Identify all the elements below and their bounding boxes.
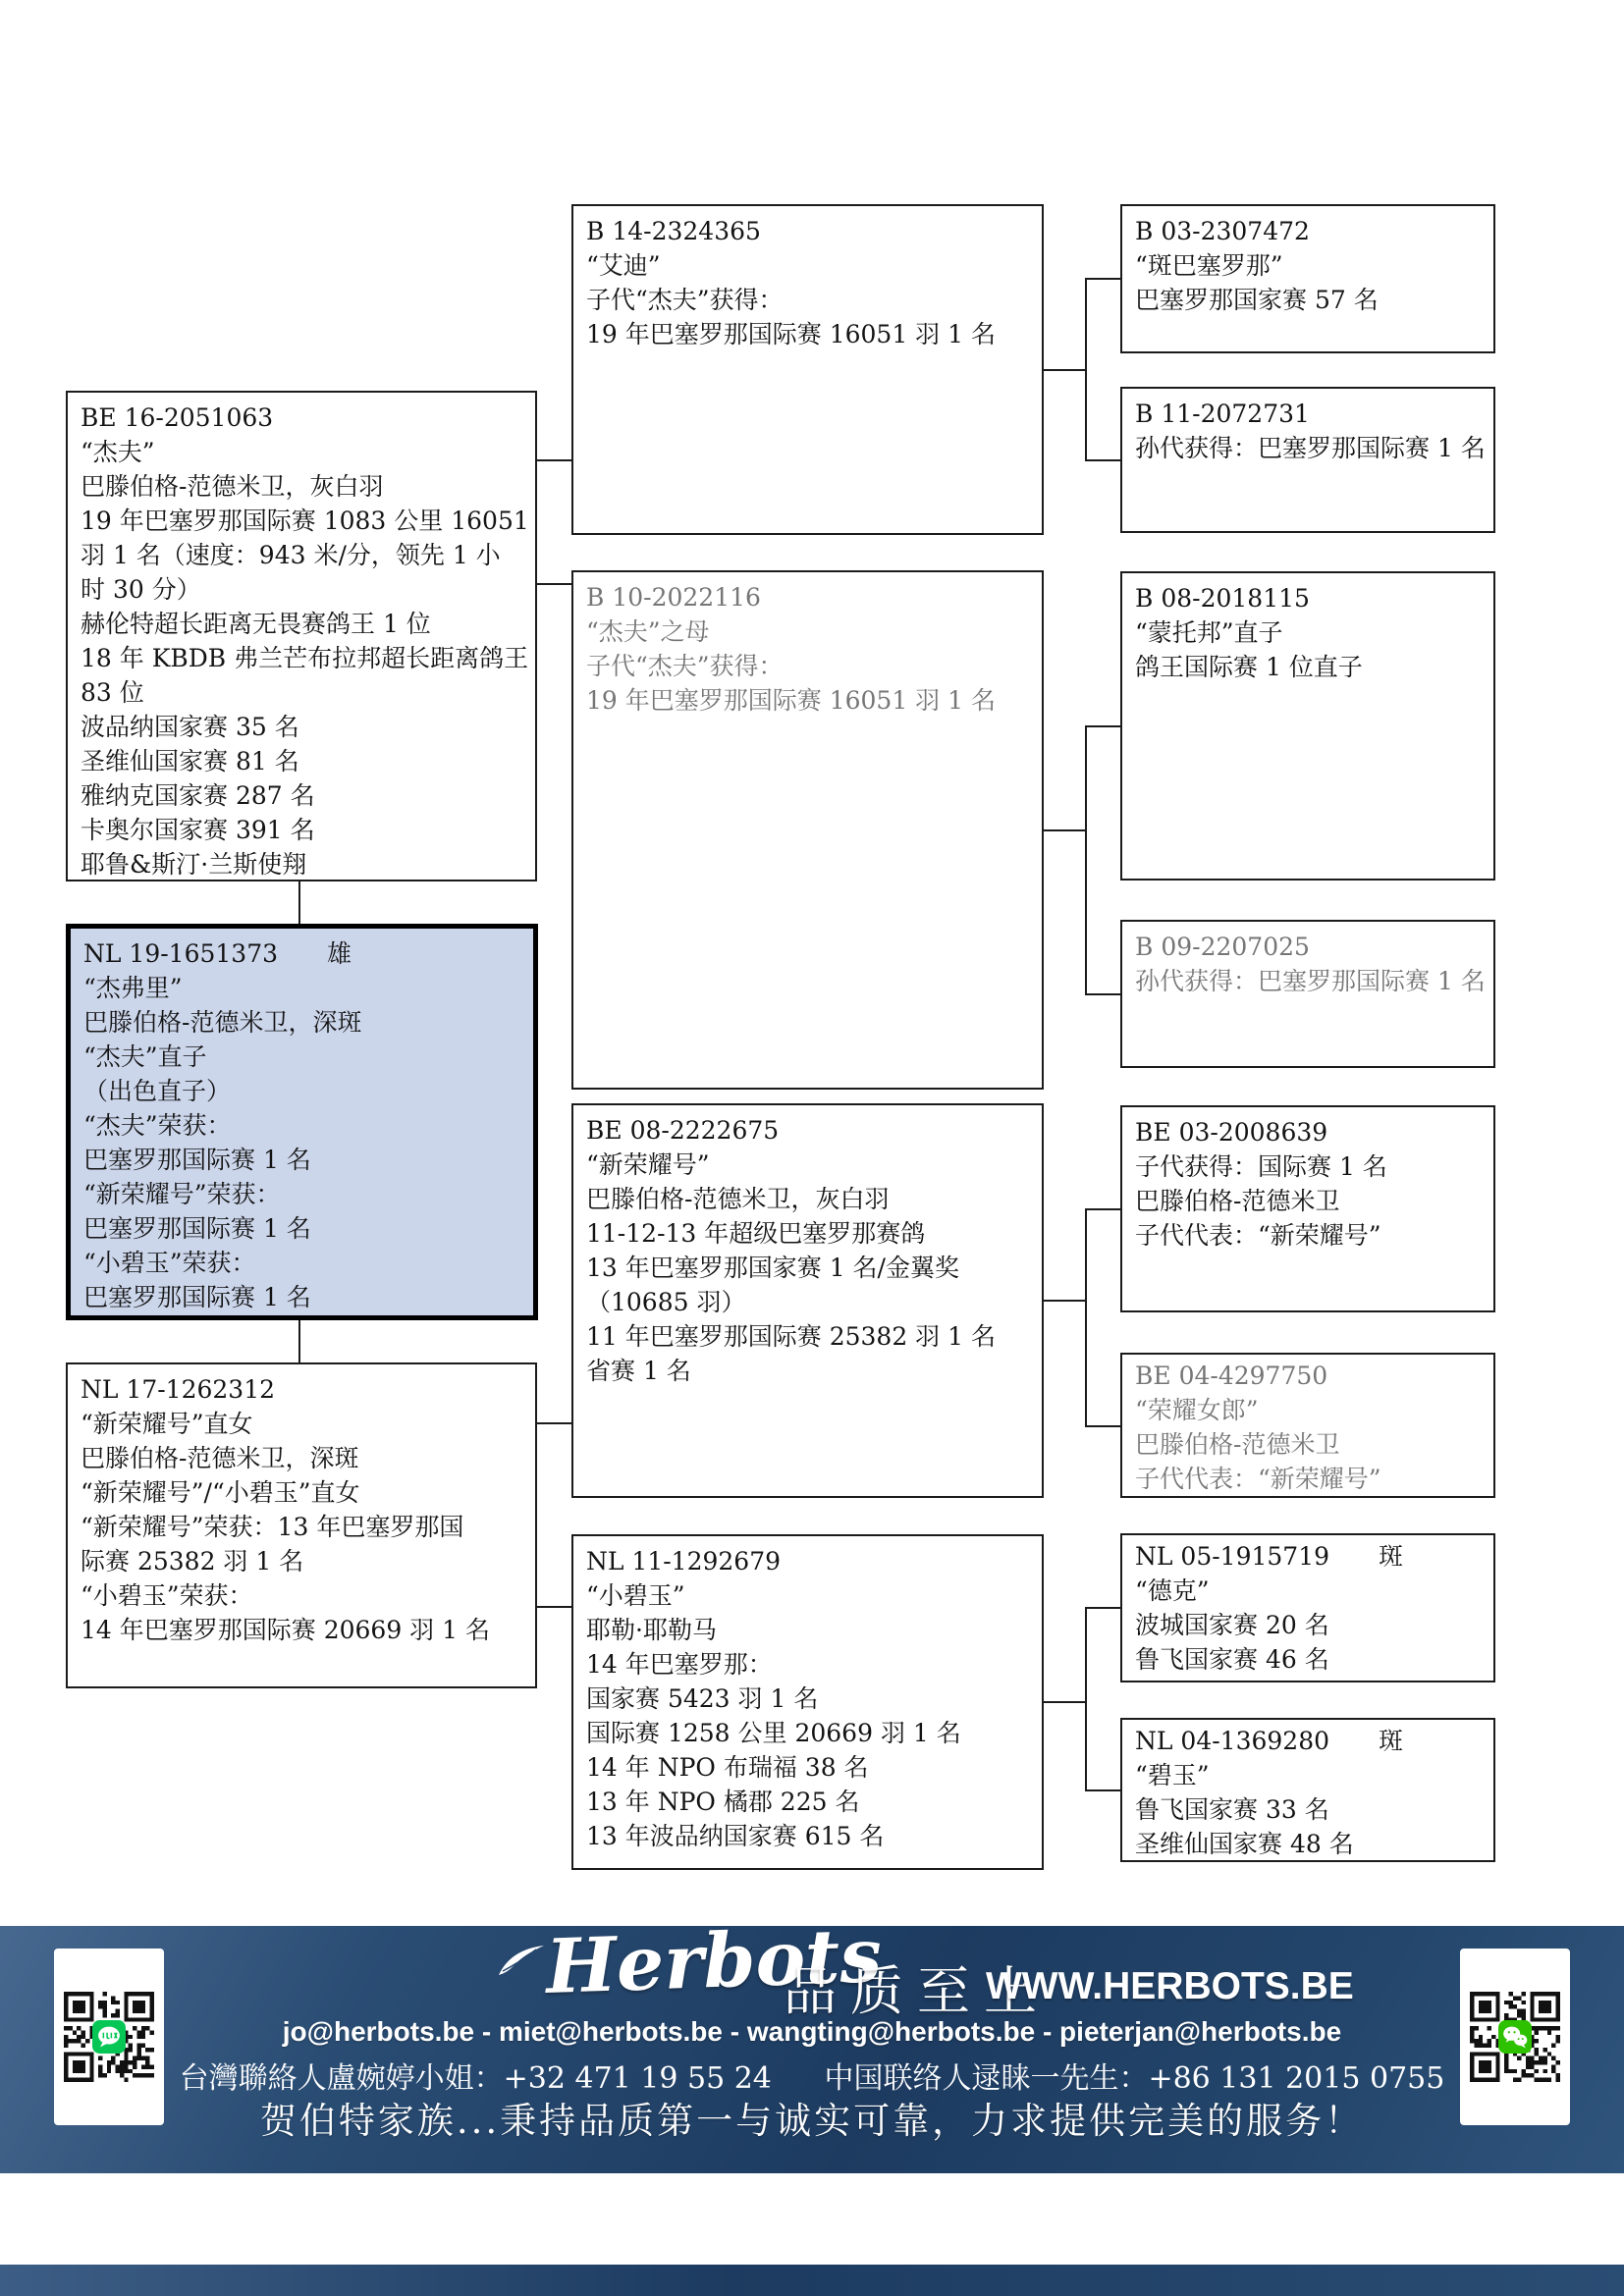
text-line: B 10-2022116 [586, 580, 1029, 614]
text-line: BE 03-2008639 [1135, 1115, 1481, 1149]
text-line: 省赛 1 名 [586, 1354, 1029, 1388]
text-line: “新荣耀号” [586, 1148, 1029, 1182]
pedigree-box-father: BE 16-2051063“杰夫”巴滕伯格-范德米卫，灰白羽19 年巴塞罗那国际… [66, 391, 537, 881]
connector-line [1085, 993, 1120, 995]
text-line: “杰夫”之母 [586, 614, 1029, 649]
text-line: BE 04-4297750 [1135, 1359, 1481, 1393]
text-line: 巴塞罗那国际赛 1 名 [83, 1280, 520, 1314]
wechat-icon [1498, 2020, 1532, 2054]
text-line: 卡奥尔国家赛 391 名 [81, 813, 522, 847]
text-line: 雅纳克国家赛 287 名 [81, 778, 522, 813]
text-line: 19 年巴塞罗那国际赛 16051 羽 1 名 [586, 317, 1029, 351]
text-line: 子代获得：国际赛 1 名 [1135, 1149, 1481, 1184]
connector-line [535, 583, 571, 585]
connector-line [535, 459, 571, 461]
text-line: 耶鲁&斯汀·兰斯使翔 [81, 847, 522, 881]
pedigree-box-b10-2022116: B 10-2022116“杰夫”之母子代“杰夫”获得：19 年巴塞罗那国际赛 1… [571, 570, 1044, 1090]
connector-line [298, 1320, 300, 1362]
text-line: 时 30 分） [81, 572, 522, 607]
text-line: 14 年 NPO 布瑞福 38 名 [586, 1750, 1029, 1785]
text-line: “新荣耀号”荣获： [83, 1177, 520, 1211]
pedigree-box-b09-2207025: B 09-2207025孙代获得：巴塞罗那国际赛 1 名 [1120, 920, 1495, 1068]
connector-line [1085, 1607, 1120, 1609]
text-line: 波品纳国家赛 35 名 [81, 710, 522, 744]
text-line: “小碧玉” [586, 1578, 1029, 1613]
text-line: 耶勒·耶勒马 [586, 1613, 1029, 1647]
text-line: 鲁飞国家赛 46 名 [1135, 1642, 1481, 1677]
text-line: 子代“杰夫”获得： [586, 649, 1029, 683]
text-line: “杰夫”荣获： [83, 1108, 520, 1143]
text-line: 11 年巴塞罗那国际赛 25382 羽 1 名 [586, 1319, 1029, 1354]
text-line: 巴滕伯格-范德米卫，深斑 [83, 1005, 520, 1040]
text-line: 巴滕伯格-范德米卫 [1135, 1184, 1481, 1218]
connector-line [298, 881, 300, 924]
pedigree-box-be03-2008639: BE 03-2008639子代获得：国际赛 1 名巴滕伯格-范德米卫子代代表：“… [1120, 1105, 1495, 1312]
pedigree-box-nl05-1915719: NL 05-1915719 斑“德克”波城国家赛 20 名鲁飞国家赛 46 名 [1120, 1533, 1495, 1682]
text-line: “德克” [1135, 1574, 1481, 1608]
text-line: 圣维仙国家赛 81 名 [81, 744, 522, 778]
text-line: “艾迪” [586, 248, 1029, 283]
text-line: 11-12-13 年超级巴塞罗那赛鸽 [586, 1216, 1029, 1251]
text-line: 子代代表：“新荣耀号” [1135, 1218, 1481, 1253]
footer-website: WWW.HERBOTS.BE [986, 1965, 1354, 2008]
text-line: 13 年巴塞罗那国家赛 1 名/金翼奖 [586, 1251, 1029, 1285]
text-line: 18 年 KBDB 弗兰芒布拉邦超长距离鸽王 [81, 641, 522, 675]
connector-line [535, 1422, 571, 1424]
text-line: （出色直子） [83, 1074, 520, 1108]
text-line: “斑巴塞罗那” [1135, 248, 1481, 283]
pedigree-box-subject: NL 19-1651373 雄“杰弗里”巴滕伯格-范德米卫，深斑“杰夫”直子（出… [66, 924, 538, 1320]
connector-line [1085, 1208, 1120, 1210]
wechat-qr-code [1460, 1949, 1570, 2125]
text-line: 巴塞罗那国际赛 1 名 [83, 1211, 520, 1246]
text-line: NL 19-1651373 雄 [83, 936, 520, 971]
text-line: B 09-2207025 [1135, 930, 1481, 964]
text-line: 国际赛 1258 公里 20669 羽 1 名 [586, 1716, 1029, 1750]
text-line: 巴滕伯格-范德米卫 [1135, 1427, 1481, 1462]
text-line: 波城国家赛 20 名 [1135, 1608, 1481, 1642]
bottom-strip [0, 2265, 1624, 2296]
text-line: “荣耀女郎” [1135, 1393, 1481, 1427]
pedigree-box-b11-2072731: B 11-2072731孙代获得：巴塞罗那国际赛 1 名 [1120, 387, 1495, 533]
text-line: “杰弗里” [83, 971, 520, 1005]
text-line: 孙代获得：巴塞罗那国际赛 1 名 [1135, 964, 1481, 998]
text-line: 13 年 NPO 橘郡 225 名 [586, 1785, 1029, 1819]
text-line: 19 年巴塞罗那国际赛 1083 公里 16051 [81, 504, 522, 538]
text-line: 子代“杰夫”获得： [586, 283, 1029, 317]
text-line: 圣维仙国家赛 48 名 [1135, 1827, 1481, 1861]
text-line: B 03-2307472 [1135, 214, 1481, 248]
text-line: 巴滕伯格-范德米卫，深斑 [81, 1441, 522, 1475]
text-line: B 14-2324365 [586, 214, 1029, 248]
text-line: “新荣耀号”荣获：13 年巴塞罗那国 [81, 1510, 522, 1544]
text-line: 14 年巴塞罗那国际赛 20669 羽 1 名 [81, 1613, 522, 1647]
text-line: NL 04-1369280 斑 [1135, 1724, 1481, 1758]
footer-tagline: 贺伯特家族...秉持品质第一与诚实可靠，力求提供完美的服务！ [0, 2091, 1624, 2144]
connector-line [535, 1606, 571, 1608]
text-line: 子代代表：“新荣耀号” [1135, 1462, 1481, 1496]
connector-line [1085, 278, 1120, 280]
pedigree-page: BE 16-2051063“杰夫”巴滕伯格-范德米卫，灰白羽19 年巴塞罗那国际… [0, 0, 1624, 2296]
text-line: 巴塞罗那国际赛 1 名 [83, 1143, 520, 1177]
text-line: 巴滕伯格-范德米卫，灰白羽 [81, 469, 522, 504]
connector-line [1085, 278, 1087, 461]
text-line: 13 年波品纳国家赛 615 名 [586, 1819, 1029, 1853]
text-line: “小碧玉”荣获： [83, 1246, 520, 1280]
text-line: 鸽王国际赛 1 位直子 [1135, 650, 1481, 684]
text-line: （10685 羽） [586, 1285, 1029, 1319]
text-line: 国家赛 5423 羽 1 名 [586, 1682, 1029, 1716]
pedigree-box-be08-2222675: BE 08-2222675“新荣耀号”巴滕伯格-范德米卫，灰白羽11-12-13… [571, 1103, 1044, 1498]
text-line: 83 位 [81, 675, 522, 710]
feather-icon [497, 1942, 548, 1981]
text-line: 14 年巴塞罗那： [586, 1647, 1029, 1682]
connector-line [1085, 725, 1120, 727]
pedigree-box-b08-2018115: B 08-2018115“蒙托邦”直子鸽王国际赛 1 位直子 [1120, 571, 1495, 881]
text-line: B 08-2018115 [1135, 581, 1481, 615]
text-line: “蒙托邦”直子 [1135, 615, 1481, 650]
text-line: 巴滕伯格-范德米卫，灰白羽 [586, 1182, 1029, 1216]
connector-line [1042, 1300, 1085, 1302]
pedigree-box-nl04-1369280: NL 04-1369280 斑“碧玉”鲁飞国家赛 33 名圣维仙国家赛 48 名 [1120, 1718, 1495, 1862]
footer-banner: Herbots 品质至上 WWW.HERBOTS.BE jo@herbots.b… [0, 1926, 1624, 2173]
pedigree-box-be04-4297750: BE 04-4297750“荣耀女郎”巴滕伯格-范德米卫子代代表：“新荣耀号” [1120, 1353, 1495, 1498]
text-line: 赫伦特超长距离无畏赛鸽王 1 位 [81, 607, 522, 641]
connector-line [1042, 829, 1085, 831]
footer-emails: jo@herbots.be - miet@herbots.be - wangti… [0, 2016, 1624, 2048]
text-line: BE 08-2222675 [586, 1113, 1029, 1148]
text-line: 巴塞罗那国家赛 57 名 [1135, 283, 1481, 317]
pedigree-box-nl11-1292679: NL 11-1292679“小碧玉”耶勒·耶勒马14 年巴塞罗那：国家赛 542… [571, 1534, 1044, 1870]
text-line: “碧玉” [1135, 1758, 1481, 1792]
text-line: BE 16-2051063 [81, 400, 522, 435]
connector-line [1042, 369, 1085, 371]
text-line: 羽 1 名（速度：943 米/分，领先 1 小 [81, 538, 522, 572]
connector-line [1085, 459, 1120, 461]
text-line: NL 11-1292679 [586, 1544, 1029, 1578]
text-line: “小碧玉”荣获： [81, 1578, 522, 1613]
text-line: “新荣耀号”直女 [81, 1407, 522, 1441]
connector-line [1085, 1208, 1087, 1427]
text-line: B 11-2072731 [1135, 397, 1481, 431]
text-line: “杰夫” [81, 435, 522, 469]
text-line: 鲁飞国家赛 33 名 [1135, 1792, 1481, 1827]
connector-line [1085, 1789, 1120, 1791]
text-line: NL 17-1262312 [81, 1372, 522, 1407]
pedigree-box-b03-2307472: B 03-2307472“斑巴塞罗那”巴塞罗那国家赛 57 名 [1120, 204, 1495, 353]
connector-line [1042, 1701, 1085, 1703]
connector-line [1085, 1425, 1120, 1427]
pedigree-box-b14-2324365: B 14-2324365“艾迪”子代“杰夫”获得：19 年巴塞罗那国际赛 160… [571, 204, 1044, 535]
connector-line [1085, 1607, 1087, 1791]
pedigree-box-mother: NL 17-1262312“新荣耀号”直女巴滕伯格-范德米卫，深斑“新荣耀号”/… [66, 1362, 537, 1688]
text-line: NL 05-1915719 斑 [1135, 1539, 1481, 1574]
text-line: “新荣耀号”/“小碧玉”直女 [81, 1475, 522, 1510]
text-line: 孙代获得：巴塞罗那国际赛 1 名 [1135, 431, 1481, 465]
connector-line [1085, 725, 1087, 995]
text-line: “杰夫”直子 [83, 1040, 520, 1074]
text-line: 际赛 25382 羽 1 名 [81, 1544, 522, 1578]
text-line: 19 年巴塞罗那国际赛 16051 羽 1 名 [586, 683, 1029, 718]
